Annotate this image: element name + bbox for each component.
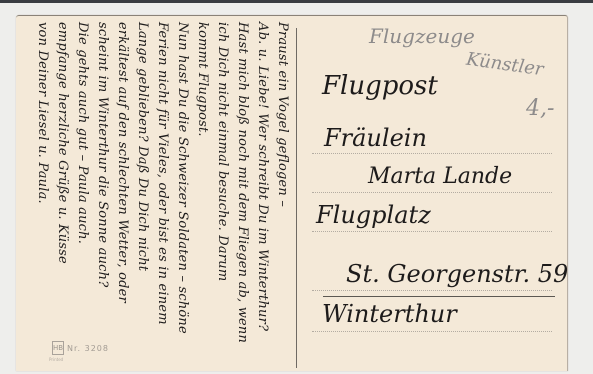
card-divider [296,28,297,368]
message-line: ich Dich nicht einmal besuche. Darum [215,22,230,281]
card-number: Nr. 3208 [67,344,109,353]
message-line: empfange herzliche Grüße u. Küsse [55,22,70,264]
handwritten-message: Praust ein Vogel geflogen – Ab. u. Liebe… [18,22,292,367]
address-salutation: Fräulein [324,124,427,152]
address-rule [312,231,552,232]
message-line: Lange geblieben? Daß Du Dich nicht [135,22,150,271]
message-line: Die gehts auch gut – Paula auch. [75,22,90,244]
message-line: Hast mich bloß noch mit dem Fliegen ab, … [235,22,250,343]
address-service: Flugpost [322,71,438,101]
message-line: Ferien nicht für Vieles, oder bist es in… [155,22,170,325]
publisher-logo-icon: HB [52,341,64,355]
message-line: Ab. u. Liebe! Wer schreibt Du im Wintert… [255,22,270,331]
address-name: Marta Lande [368,164,512,189]
postcard: Praust ein Vogel geflogen – Ab. u. Liebe… [16,15,568,371]
message-line: scheint im Winterthur die Sonne auch? [95,22,110,287]
scanner-top-bar [0,0,593,3]
pencil-price: 4,- [526,96,554,121]
publisher-subtext: Printed [49,357,63,362]
message-line: erkältest auf den schlechten Wetter, ode… [115,22,130,303]
message-line: kommt Flugpost. [195,22,210,137]
address-street: St. Georgenstr. 59 [346,260,568,288]
pencil-subcategory: Künstler [465,49,545,81]
message-line: Nun hast Du die Schweizer Soldaten – sch… [175,22,190,334]
publisher-mark: HB Nr. 3208 [52,341,109,355]
address-rule [312,331,552,332]
address-rule [312,192,552,193]
pencil-category: Flugzeuge [369,24,475,48]
address-place: Flugplatz [316,201,431,229]
address-underline [323,296,555,297]
address-city: Winterthur [322,300,457,328]
message-line: von Deiner Liesel u. Paula. [35,22,50,204]
message-line: Praust ein Vogel geflogen – [275,22,290,207]
address-rule [312,153,552,154]
address-rule [312,290,552,291]
